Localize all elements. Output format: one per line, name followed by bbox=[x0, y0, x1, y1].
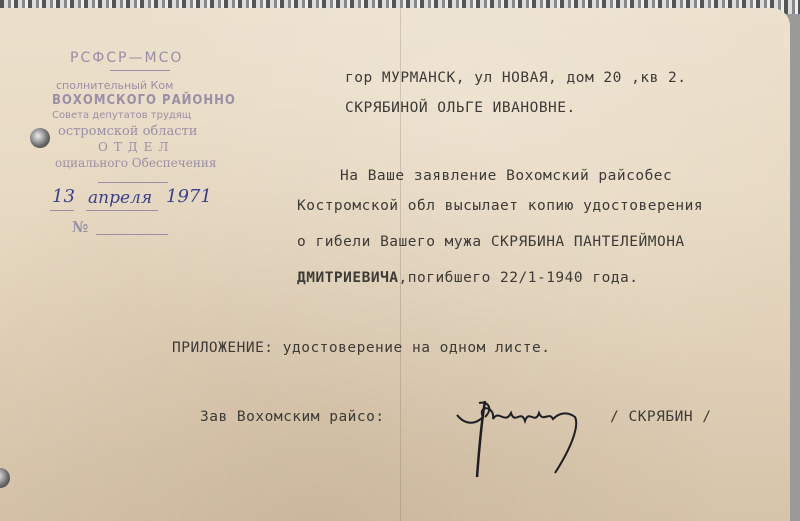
address-line-2: СКРЯБИНОЙ ОЛЬГЕ ИВАНОВНЕ. bbox=[345, 100, 576, 116]
stamp-line: ВОХОМСКОГО РАЙОННО bbox=[52, 93, 236, 108]
address-line-1: гор МУРМАНСК, ул НОВАЯ, дом 20 ,кв 2. bbox=[345, 70, 687, 86]
stamp-rule bbox=[98, 182, 168, 183]
stamp-line: сполнительный Ком bbox=[56, 79, 173, 92]
deceased-patronymic: ДМИТРИЕВИЧА bbox=[297, 270, 399, 286]
body-line-4: ДМИТРИЕВИЧА,погибшего 22/1-1940 года. bbox=[297, 270, 639, 286]
body-line-2: Костромской обл высылает копию удостовер… bbox=[297, 198, 703, 214]
stamp-line: ОТДЕЛ bbox=[98, 140, 174, 154]
stamp-line: Совета депутатов трудящ bbox=[52, 110, 191, 121]
body-line-3: о гибели Вашего мужа СКРЯБИНА ПАНТЕЛЕЙМО… bbox=[297, 234, 685, 250]
punch-hole-icon bbox=[30, 128, 50, 148]
number-underline bbox=[96, 234, 168, 235]
handwritten-signature-icon bbox=[455, 395, 595, 480]
date-day: 13 bbox=[52, 186, 75, 207]
body-line-1: На Ваше заявление Вохомский райсобес bbox=[340, 168, 672, 184]
stamp-line: РСФСР—МСО bbox=[70, 50, 183, 66]
number-label: № bbox=[72, 218, 88, 236]
attachment-line: ПРИЛОЖЕНИЕ: удостоверение на одном листе… bbox=[172, 340, 550, 356]
stamp-rule bbox=[110, 70, 170, 71]
death-date-text: ,погибшего 22/1-1940 года. bbox=[399, 270, 639, 286]
date-underline bbox=[50, 210, 74, 211]
date-month: апреля bbox=[88, 188, 152, 208]
stamp-line: оциального Обеспечения bbox=[55, 156, 216, 170]
date-year: 1971 bbox=[166, 186, 212, 207]
signatory-name: / СКРЯБИН / bbox=[610, 409, 712, 425]
stamp-line: остромской области bbox=[58, 124, 197, 139]
date-underline bbox=[86, 210, 158, 211]
signature-label: Зав Вохомским райсо: bbox=[200, 409, 385, 425]
